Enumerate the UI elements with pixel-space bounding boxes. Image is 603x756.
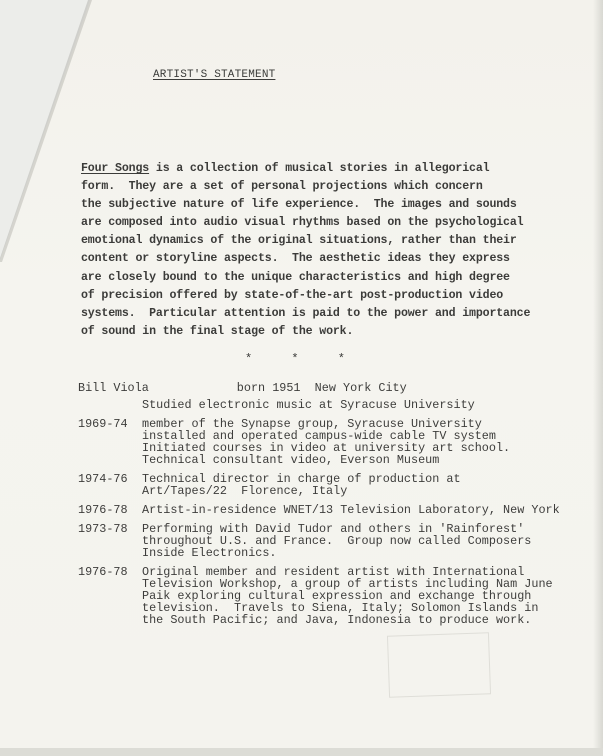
- biography: Bill Violaborn 1951 New York City Studie…: [78, 381, 588, 633]
- bio-entry-text: member of the Synapse group, Syracuse Un…: [142, 418, 510, 466]
- section-separator: * * *: [245, 352, 361, 366]
- bio-header: Bill Violaborn 1951 New York City: [78, 381, 588, 396]
- bio-entry-years: 1969-74: [78, 418, 142, 466]
- statement-line: of precision offered by state-of-the-art…: [81, 289, 503, 302]
- bio-entry-years: 1976-78: [78, 504, 142, 516]
- bio-entry-years: 1976-78: [78, 566, 142, 626]
- bio-entry-years: 1973-78: [78, 523, 142, 559]
- statement-line: are composed into audio visual rhythms b…: [81, 216, 523, 229]
- statement-line: form. They are a set of personal project…: [81, 180, 483, 193]
- statement-line: of sound in the final stage of the work.: [81, 325, 353, 338]
- bio-entry-text: Artist-in-residence WNET/13 Television L…: [142, 504, 560, 516]
- page-edge-bottom: [0, 748, 603, 756]
- page-edge-right: [593, 0, 603, 756]
- bio-entry: 1969-74 member of the Synapse group, Syr…: [78, 418, 588, 466]
- bio-entry-years: 1974-76: [78, 473, 142, 497]
- education: Studied electronic music at Syracuse Uni…: [78, 398, 588, 412]
- bleed-through-stamp: [387, 632, 491, 698]
- statement-line: is a collection of musical stories in al…: [149, 162, 489, 175]
- statement-line: are closely bound to the unique characte…: [81, 271, 510, 284]
- statement-line: emotional dynamics of the original situa…: [81, 234, 517, 247]
- statement-paragraph: Four Songs is a collection of musical st…: [81, 160, 581, 341]
- bio-entry-text: Performing with David Tudor and others i…: [142, 523, 531, 559]
- bio-entry-text: Original member and resident artist with…: [142, 566, 553, 626]
- statement-line: content or storyline aspects. The aesthe…: [81, 252, 510, 265]
- work-title: Four Songs: [81, 162, 149, 175]
- statement-line: systems. Particular attention is paid to…: [81, 307, 530, 320]
- birth-info: born 1951 New York City: [237, 381, 407, 395]
- statement-line: the subjective nature of life experience…: [81, 198, 517, 211]
- document-title: ARTIST'S STATEMENT: [153, 69, 275, 81]
- artist-name: Bill Viola: [78, 381, 149, 395]
- bio-entry: 1974-76 Technical director in charge of …: [78, 473, 588, 497]
- bio-entry-text: Technical director in charge of producti…: [142, 473, 461, 497]
- bio-entry: 1973-78 Performing with David Tudor and …: [78, 523, 588, 559]
- bio-entry: 1976-78 Original member and resident art…: [78, 566, 588, 626]
- bio-entry: 1976-78 Artist-in-residence WNET/13 Tele…: [78, 504, 588, 516]
- paper-page: [0, 0, 603, 756]
